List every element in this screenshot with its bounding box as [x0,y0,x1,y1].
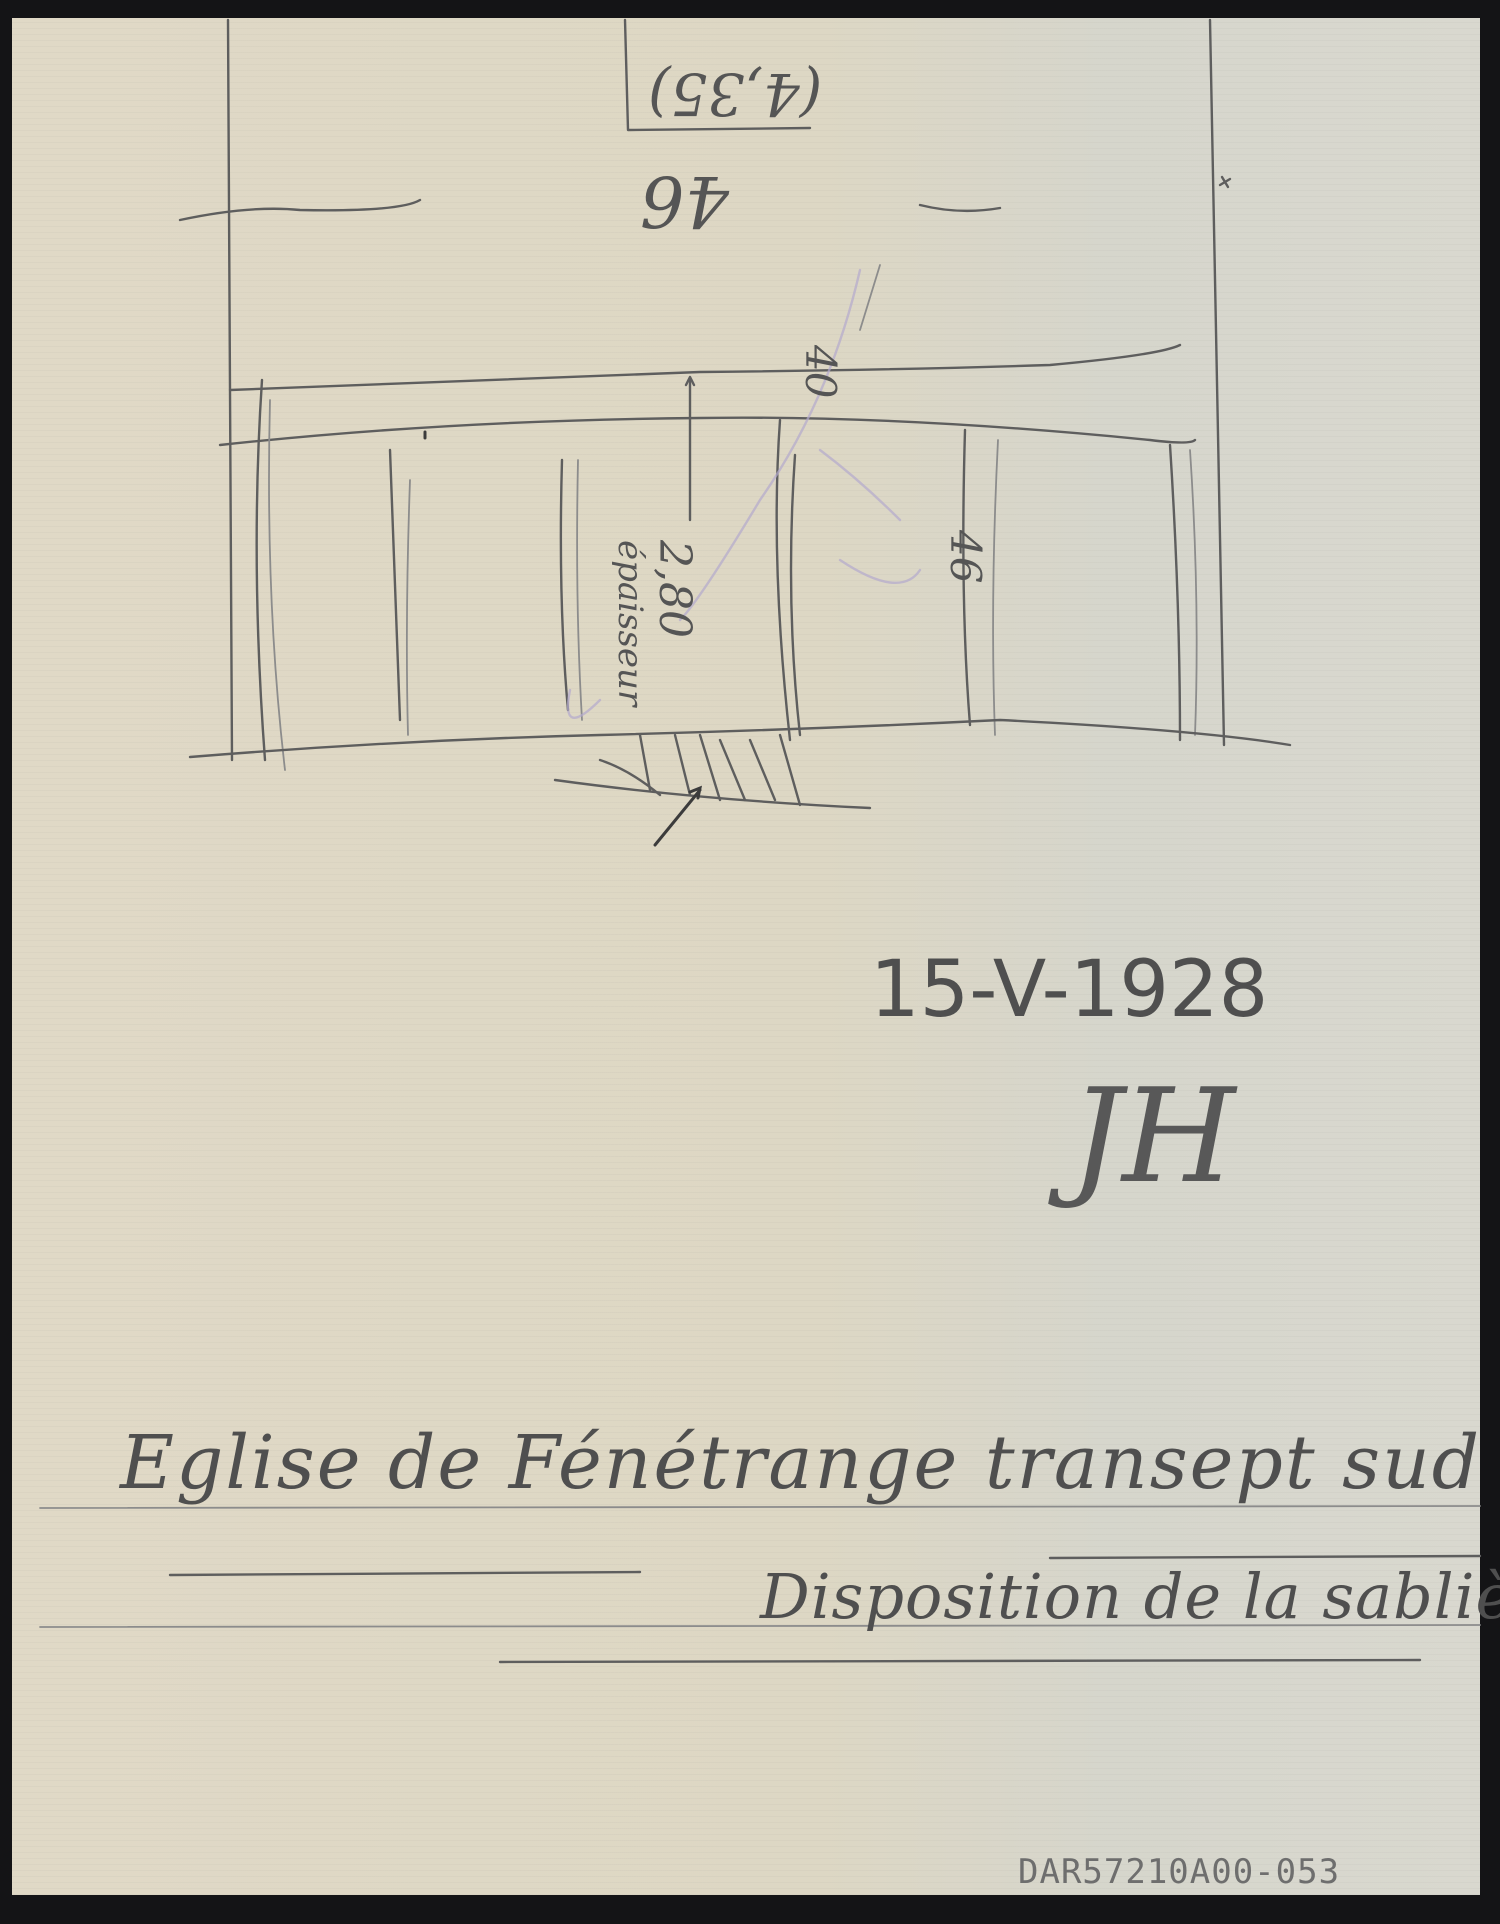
caption-line-1: Eglise de Fénétrange transept sud [120,1420,1481,1506]
caption-rules [0,0,1500,1924]
caption-line-2: Disposition de la sablière [760,1560,1500,1633]
archive-reference: DAR57210A00-053 [1018,1852,1340,1892]
